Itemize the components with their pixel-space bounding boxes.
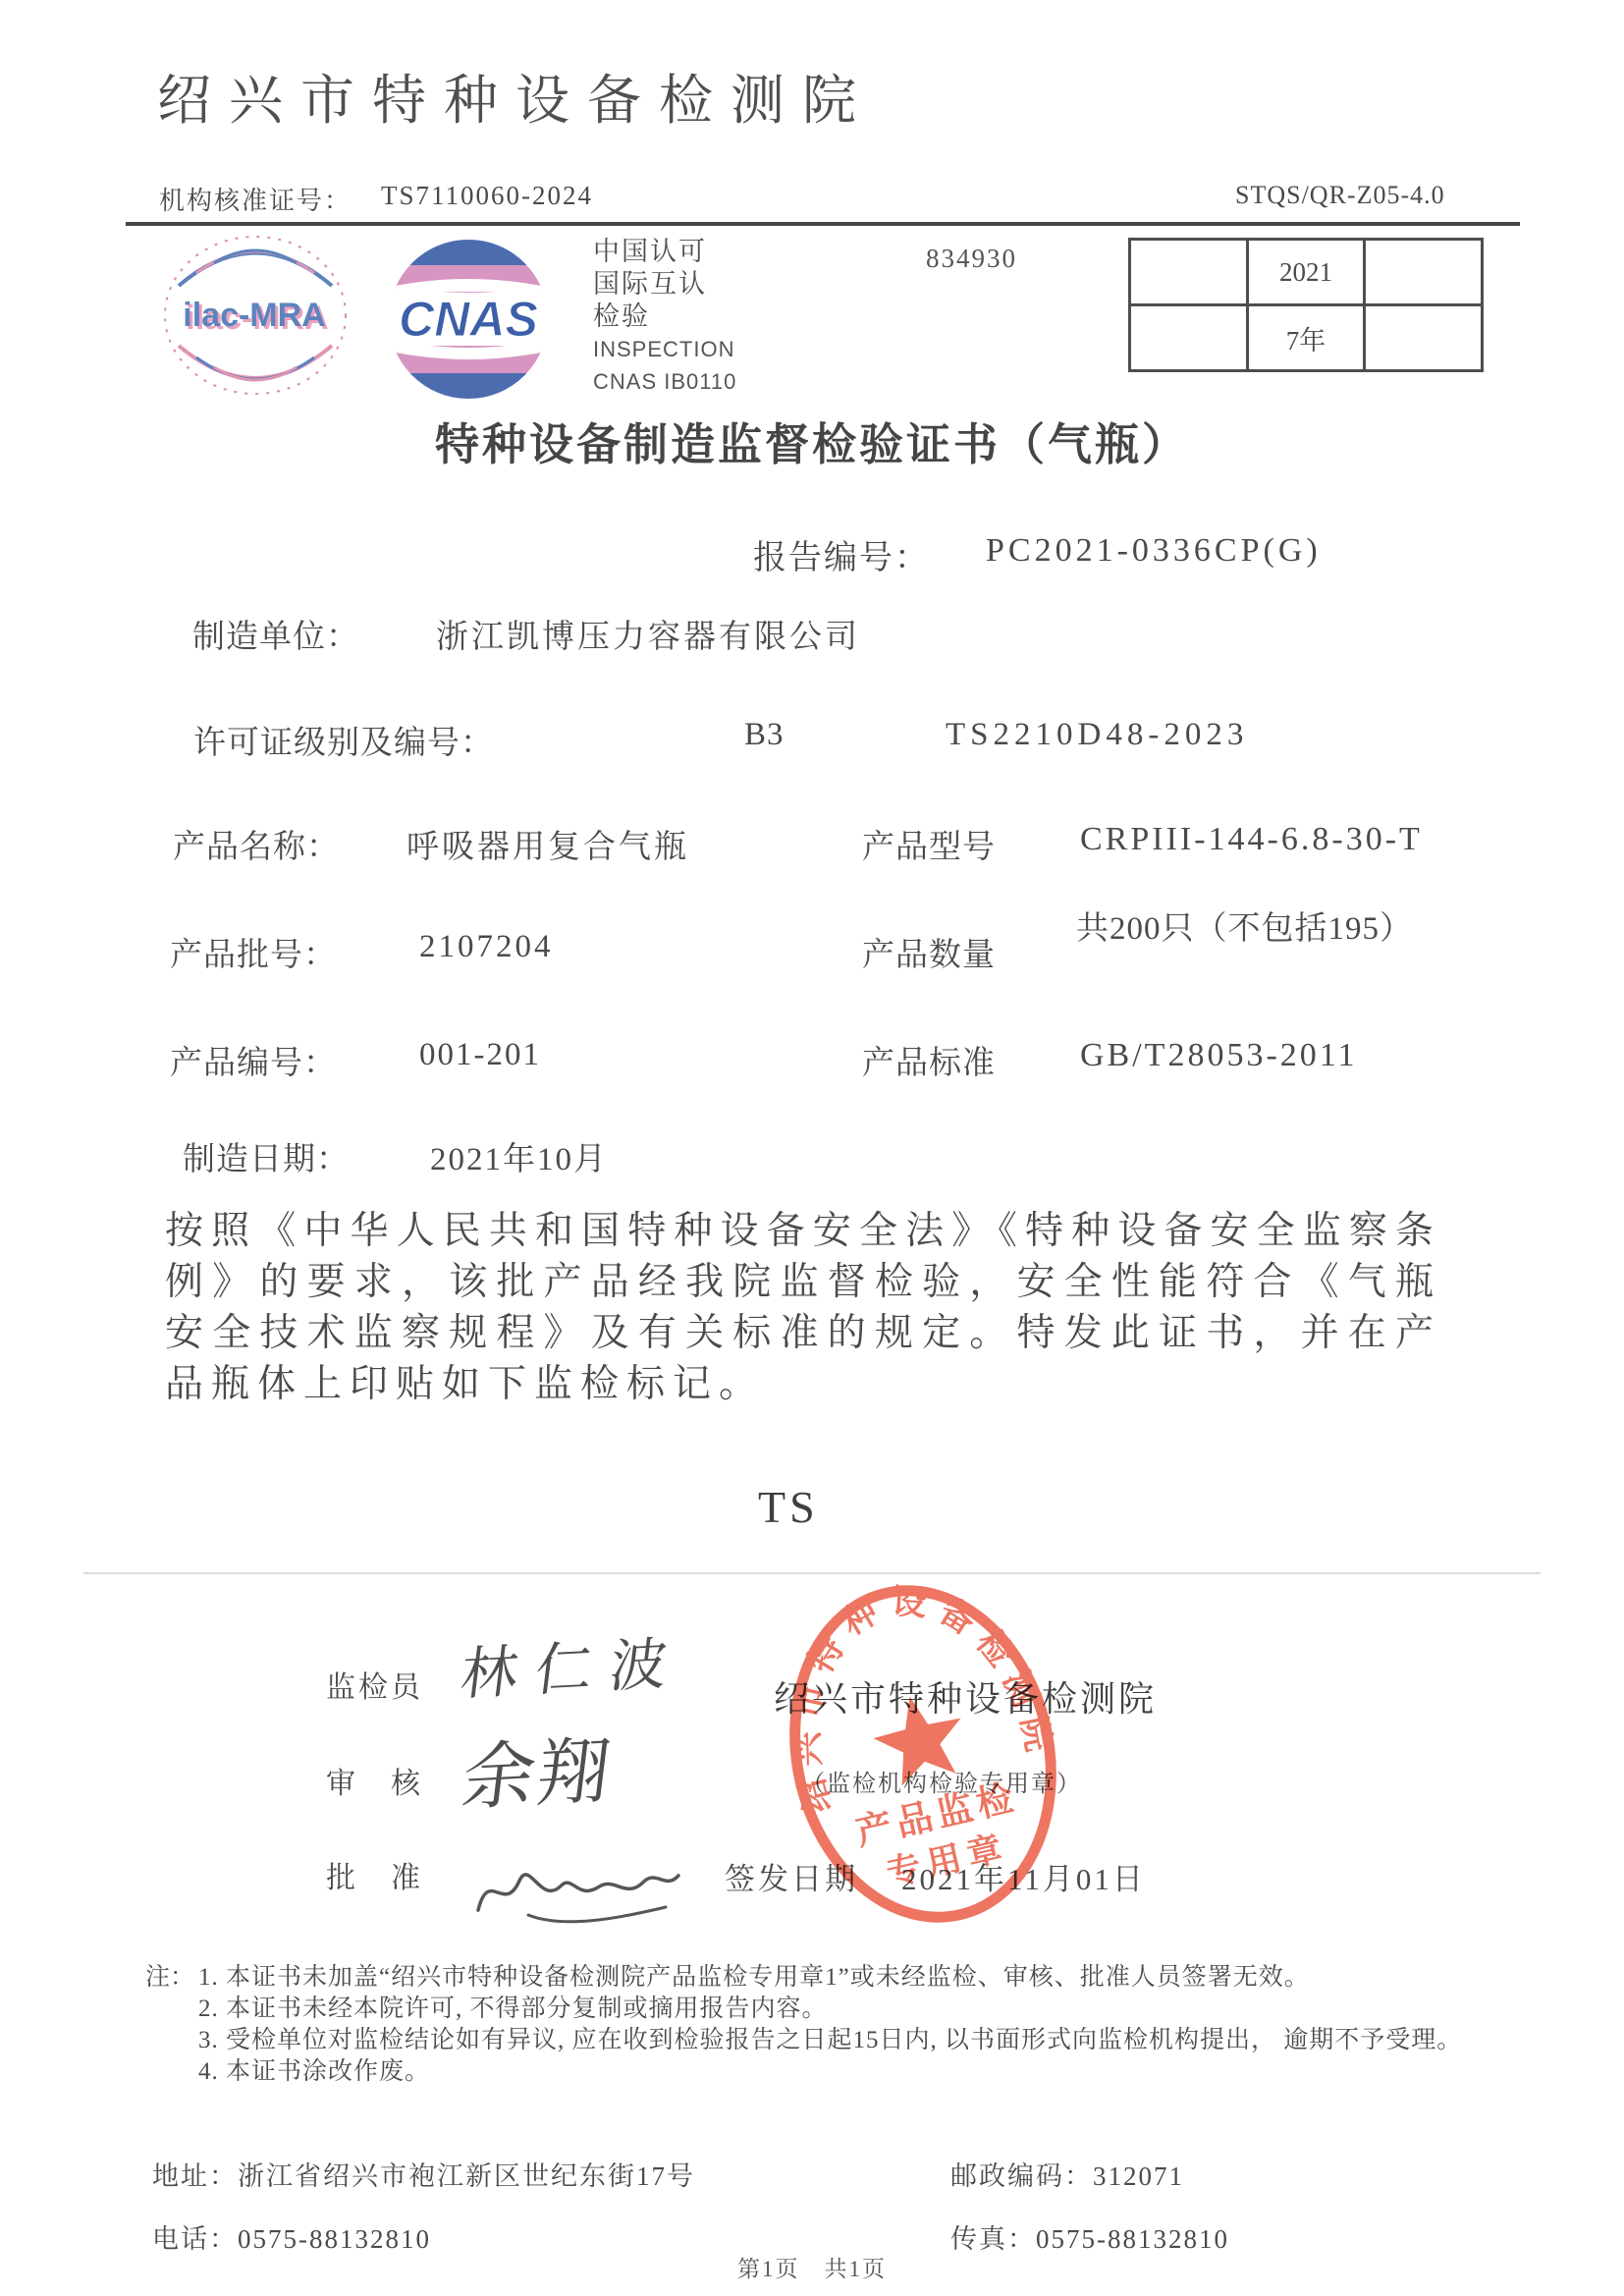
org-title: 绍兴市特种设备检测院 — [157, 57, 874, 135]
inspector-label: 监检员 — [326, 1663, 423, 1706]
approval-number-value: TS7110060-2024 — [381, 181, 593, 211]
accreditation-line: 国际互认 — [593, 268, 736, 301]
product-standard-label: 产品标准 — [862, 1037, 996, 1083]
year-table: 2021 7年 — [1128, 238, 1484, 372]
phone-label: 电话： — [152, 2224, 238, 2254]
product-model-value: CRPIII-144-6.8-30-T — [1080, 821, 1423, 858]
license-level: B3 — [744, 717, 785, 753]
notes-block: 注： 1. 本证书未加盖“绍兴市特种设备检测院产品监检专用章1”或未经监检、审核… — [145, 1962, 1462, 2088]
postcode-label: 邮政编码： — [950, 2161, 1093, 2191]
batch-number-label: 产品批号： — [170, 929, 337, 975]
phone-value: 0575-88132810 — [238, 2224, 431, 2254]
notes-prefix: 注： — [145, 1962, 198, 2088]
certificate-title: 特种设备制造监督检验证书（气瓶） — [0, 409, 1624, 472]
year-table-cell-year: 2021 — [1247, 240, 1365, 305]
address-label: 地址： — [152, 2161, 238, 2191]
product-serial-value: 001-201 — [419, 1037, 541, 1073]
stamp-star-icon — [866, 1686, 973, 1789]
postcode-value: 312071 — [1093, 2161, 1184, 2191]
accreditation-line: INSPECTION — [593, 333, 736, 365]
fax-value: 0575-88132810 — [1036, 2224, 1229, 2254]
cnas-logo-icon: CNAS — [365, 236, 571, 403]
manufacturer-value: 浙江凯博压力容器有限公司 — [436, 611, 860, 657]
accreditation-line: 检验 — [593, 301, 736, 333]
year-table-cell — [1365, 240, 1483, 305]
note-item: 3. 受检单位对监检结论如有异议, 应在收到检验报告之日起15日内, 以书面形式… — [198, 2025, 1462, 2056]
note-item: 1. 本证书未加盖“绍兴市特种设备检测院产品监检专用章1”或未经监检、审核、批准… — [198, 1962, 1462, 1994]
year-table-cell-duration: 7年 — [1247, 305, 1365, 371]
year-table-cell — [1130, 305, 1248, 371]
product-name-label: 产品名称： — [173, 821, 340, 867]
note-item: 4. 本证书涂改作废。 — [198, 2056, 1462, 2088]
manufacturer-label: 制造单位： — [192, 611, 359, 657]
serial-number: 834930 — [926, 244, 1017, 274]
report-number-label: 报告编号： — [753, 530, 930, 578]
license-number: TS2210D48-2023 — [946, 717, 1248, 753]
approval-number-label: 机构核准证号： — [159, 181, 352, 217]
stamp-ring-text: 绍兴市特种设备检测院 — [754, 1575, 1061, 1818]
note-item: 2. 本证书未经本院许可, 不得部分复制或摘用报告内容。 — [198, 1994, 1462, 2025]
quantity-label: 产品数量 — [862, 929, 996, 975]
product-serial-label: 产品编号： — [170, 1037, 337, 1083]
accreditation-text-block: 中国认可 国际互认 检验 INSPECTION CNAS IB0110 — [593, 236, 736, 398]
address-value: 浙江省绍兴市袍江新区世纪东街17号 — [238, 2161, 695, 2191]
license-label: 许可证级别及编号： — [193, 717, 494, 763]
year-table-cell — [1365, 305, 1483, 371]
mfg-date-label: 制造日期： — [183, 1133, 350, 1179]
reviewer-label: 审 核 — [326, 1759, 423, 1802]
postcode-line: 邮政编码：312071 — [950, 2155, 1184, 2193]
inspector-signature: 林仁波 — [457, 1616, 690, 1712]
fax-label: 传真： — [950, 2224, 1036, 2254]
reviewer-signature: 余翔 — [458, 1713, 620, 1826]
certificate-statement: 按照《中华人民共和国特种设备安全法》《特种设备安全监察条例》的要求，该批产品经我… — [165, 1206, 1441, 1410]
page-number: 第1页 共1页 — [0, 2251, 1624, 2283]
product-standard-value: GB/T28053-2011 — [1080, 1037, 1358, 1074]
accreditation-line: 中国认可 — [593, 236, 736, 268]
accreditation-line: CNAS IB0110 — [593, 365, 736, 398]
document-code: STQS/QR-Z05-4.0 — [1235, 181, 1445, 210]
header-divider — [126, 222, 1520, 226]
ilac-mra-logo-icon: ilac-MRA ilac-MRA — [157, 232, 353, 399]
address-line: 地址：浙江省绍兴市袍江新区世纪东街17号 — [152, 2155, 695, 2193]
quantity-value: 共200只（不包括195） — [1076, 903, 1406, 955]
year-table-cell — [1130, 240, 1248, 305]
official-red-stamp: 绍兴市特种设备检测院 产品监检 专用章 — [754, 1575, 1092, 1937]
ts-supervision-mark: TS — [758, 1481, 819, 1533]
mfg-date-value: 2021年10月 — [430, 1133, 608, 1179]
cnas-text: CNAS — [399, 292, 538, 347]
product-model-label: 产品型号 — [862, 821, 996, 867]
approver-signature — [469, 1848, 715, 1937]
approver-label: 批 准 — [326, 1853, 423, 1896]
section-divider — [83, 1572, 1541, 1574]
report-number-value: PC2021-0336CP(G) — [986, 532, 1322, 570]
svg-text:绍兴市特种设备检测院: 绍兴市特种设备检测院 — [754, 1575, 1061, 1818]
product-name-value: 呼吸器用复合气瓶 — [406, 821, 689, 867]
batch-number-value: 2107204 — [419, 929, 554, 965]
certificate-page: 绍兴市特种设备检测院 机构核准证号： TS7110060-2024 STQS/Q… — [0, 0, 1624, 2296]
ilac-text: ilac-MRA — [183, 297, 325, 334]
notes-list: 1. 本证书未加盖“绍兴市特种设备检测院产品监检专用章1”或未经监检、审核、批准… — [198, 1962, 1462, 2088]
